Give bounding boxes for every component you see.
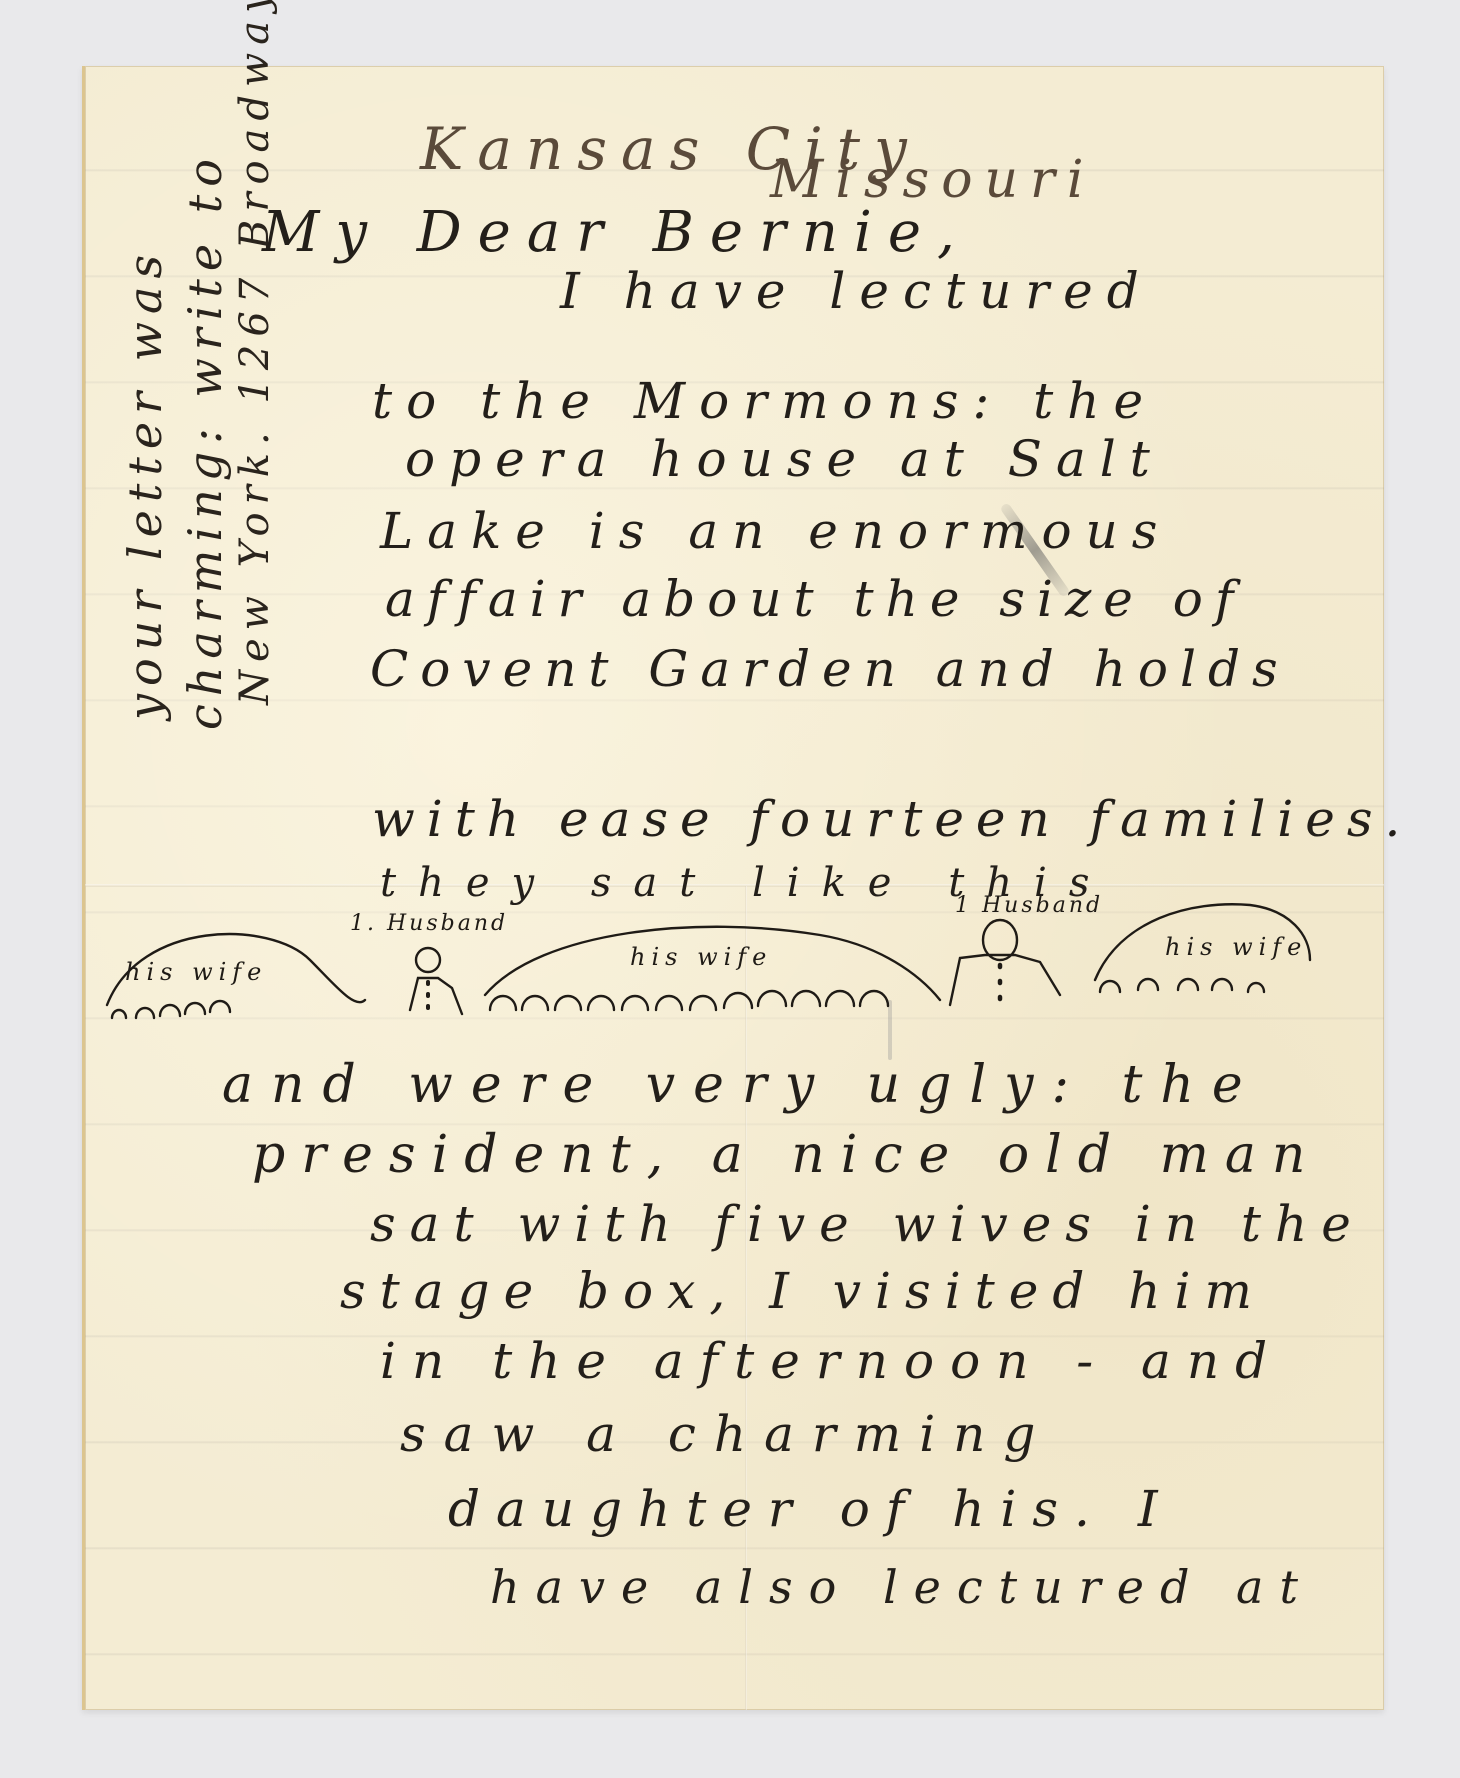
husband-label-2: 1 Husband: [955, 893, 1103, 918]
body-line: and were very ugly: the: [222, 1055, 1261, 1115]
wife-group-label-3: his wife: [1165, 933, 1307, 961]
body-line: daughter of his. I: [448, 1480, 1174, 1538]
body-line: have also lectured at: [490, 1560, 1314, 1614]
husband-label-1: 1. Husband: [350, 911, 508, 936]
body-line: saw a charming: [400, 1405, 1053, 1463]
body-line: president, a nice old man: [252, 1125, 1321, 1185]
wife-group-label-1: his wife: [125, 958, 267, 986]
body-line: sat with five wives in the: [370, 1195, 1365, 1253]
wife-group-label-2: his wife: [630, 943, 772, 971]
body-line: in the afternoon - and: [380, 1332, 1283, 1390]
body-line: stage box, I visited him: [340, 1262, 1266, 1320]
